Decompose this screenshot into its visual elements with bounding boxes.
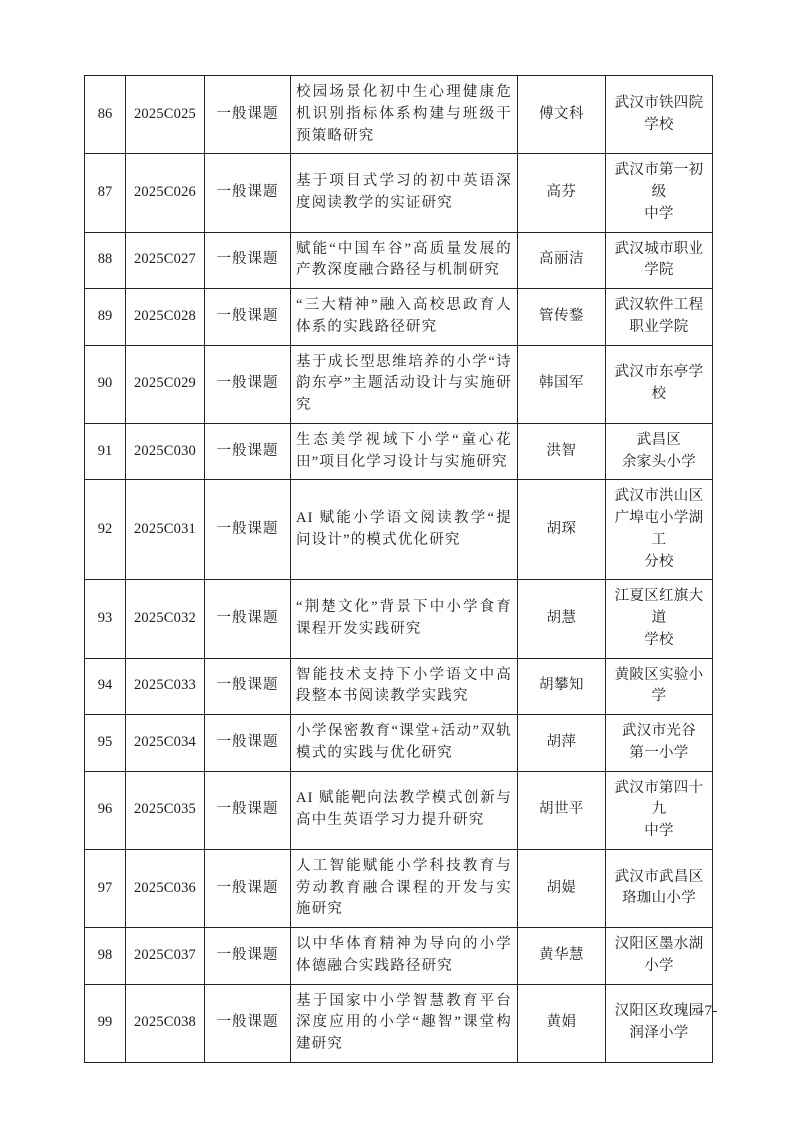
cell-row-number: 97 <box>85 849 126 927</box>
cell-leader-name: 胡世平 <box>518 771 606 849</box>
cell-project-title: 以中华体育精神为导向的小学体德融合实践路径研究 <box>291 928 518 985</box>
cell-organization: 武汉市洪山区 广埠屯小学湖工 分校 <box>606 480 713 580</box>
cell-row-number: 96 <box>85 771 126 849</box>
table-row: 89 2025C028 一般课题 “三大精神”融入高校思政育人体系的实践路径研究… <box>85 289 713 346</box>
table-row: 91 2025C030 一般课题 生态美学视域下小学“童心花田”项目化学习设计与… <box>85 423 713 480</box>
cell-project-code: 2025C026 <box>126 154 205 232</box>
projects-table-body: 86 2025C025 一般课题 校园场景化初中生心理健康危机识别指标体系构建与… <box>85 76 713 1063</box>
cell-leader-name: 胡琛 <box>518 480 606 580</box>
cell-project-title: “三大精神”融入高校思政育人体系的实践路径研究 <box>291 289 518 346</box>
cell-project-title: 基于项目式学习的初中英语深度阅读教学的实证研究 <box>291 154 518 232</box>
cell-leader-name: 黄华慧 <box>518 928 606 985</box>
table-row: 97 2025C036 一般课题 人工智能赋能小学科技教育与劳动教育融合课程的开… <box>85 849 713 927</box>
cell-project-code: 2025C030 <box>126 423 205 480</box>
projects-table: 86 2025C025 一般课题 校园场景化初中生心理健康危机识别指标体系构建与… <box>84 75 713 1063</box>
table-row: 90 2025C029 一般课题 基于成长型思维培养的小学“诗韵东亭”主题活动设… <box>85 345 713 423</box>
cell-project-title: 智能技术支持下小学语文中高段整本书阅读教学实践究 <box>291 658 518 715</box>
table-row: 88 2025C027 一般课题 赋能“中国车谷”高质量发展的产教深度融合路径与… <box>85 232 713 289</box>
cell-project-category: 一般课题 <box>205 423 291 480</box>
page-number: -7- <box>699 1003 718 1020</box>
cell-leader-name: 洪智 <box>518 423 606 480</box>
cell-project-title: AI 赋能小学语文阅读教学“提问设计”的模式优化研究 <box>291 480 518 580</box>
cell-project-code: 2025C035 <box>126 771 205 849</box>
cell-project-title: 基于成长型思维培养的小学“诗韵东亭”主题活动设计与实施研究 <box>291 345 518 423</box>
cell-leader-name: 韩国军 <box>518 345 606 423</box>
cell-organization: 江夏区红旗大道 学校 <box>606 580 713 658</box>
cell-organization: 武汉软件工程 职业学院 <box>606 289 713 346</box>
cell-project-category: 一般课题 <box>205 771 291 849</box>
cell-organization: 武汉市第四十九 中学 <box>606 771 713 849</box>
cell-leader-name: 傅文科 <box>518 76 606 154</box>
cell-project-category: 一般课题 <box>205 658 291 715</box>
cell-project-title: 人工智能赋能小学科技教育与劳动教育融合课程的开发与实施研究 <box>291 849 518 927</box>
cell-row-number: 92 <box>85 480 126 580</box>
cell-project-title: 赋能“中国车谷”高质量发展的产教深度融合路径与机制研究 <box>291 232 518 289</box>
cell-organization: 武汉市第一初级 中学 <box>606 154 713 232</box>
cell-project-title: “荆楚文化”背景下中小学食育课程开发实践研究 <box>291 580 518 658</box>
cell-leader-name: 胡攀知 <box>518 658 606 715</box>
cell-row-number: 87 <box>85 154 126 232</box>
cell-organization: 武汉市东亭学校 <box>606 345 713 423</box>
cell-project-category: 一般课题 <box>205 232 291 289</box>
cell-project-code: 2025C027 <box>126 232 205 289</box>
table-row: 94 2025C033 一般课题 智能技术支持下小学语文中高段整本书阅读教学实践… <box>85 658 713 715</box>
cell-row-number: 93 <box>85 580 126 658</box>
cell-project-code: 2025C025 <box>126 76 205 154</box>
table-row: 92 2025C031 一般课题 AI 赋能小学语文阅读教学“提问设计”的模式优… <box>85 480 713 580</box>
cell-organization: 武汉市光谷 第一小学 <box>606 715 713 772</box>
cell-leader-name: 胡慧 <box>518 580 606 658</box>
cell-project-category: 一般课题 <box>205 928 291 985</box>
cell-project-category: 一般课题 <box>205 984 291 1062</box>
cell-project-category: 一般课题 <box>205 76 291 154</box>
cell-row-number: 86 <box>85 76 126 154</box>
cell-project-code: 2025C037 <box>126 928 205 985</box>
cell-project-title: 小学保密教育“课堂+活动”双轨模式的实践与优化研究 <box>291 715 518 772</box>
cell-leader-name: 胡萍 <box>518 715 606 772</box>
cell-project-code: 2025C033 <box>126 658 205 715</box>
projects-table-container: 86 2025C025 一般课题 校园场景化初中生心理健康危机识别指标体系构建与… <box>84 75 712 1063</box>
cell-project-code: 2025C034 <box>126 715 205 772</box>
table-row: 99 2025C038 一般课题 基于国家中小学智慧教育平台深度应用的小学“趣智… <box>85 984 713 1062</box>
cell-project-category: 一般课题 <box>205 154 291 232</box>
cell-row-number: 99 <box>85 984 126 1062</box>
cell-row-number: 95 <box>85 715 126 772</box>
cell-row-number: 90 <box>85 345 126 423</box>
cell-project-title: 生态美学视域下小学“童心花田”项目化学习设计与实施研究 <box>291 423 518 480</box>
table-row: 95 2025C034 一般课题 小学保密教育“课堂+活动”双轨模式的实践与优化… <box>85 715 713 772</box>
cell-project-title: 校园场景化初中生心理健康危机识别指标体系构建与班级干预策略研究 <box>291 76 518 154</box>
cell-organization: 汉阳区墨水湖 小学 <box>606 928 713 985</box>
cell-project-code: 2025C036 <box>126 849 205 927</box>
cell-project-category: 一般课题 <box>205 715 291 772</box>
cell-organization: 武汉城市职业 学院 <box>606 232 713 289</box>
cell-project-category: 一般课题 <box>205 580 291 658</box>
table-row: 93 2025C032 一般课题 “荆楚文化”背景下中小学食育课程开发实践研究 … <box>85 580 713 658</box>
cell-leader-name: 高丽洁 <box>518 232 606 289</box>
cell-organization: 武昌区 余家头小学 <box>606 423 713 480</box>
cell-row-number: 94 <box>85 658 126 715</box>
cell-row-number: 89 <box>85 289 126 346</box>
cell-row-number: 91 <box>85 423 126 480</box>
cell-leader-name: 胡媞 <box>518 849 606 927</box>
cell-leader-name: 管传鍪 <box>518 289 606 346</box>
cell-leader-name: 高芬 <box>518 154 606 232</box>
cell-leader-name: 黄娟 <box>518 984 606 1062</box>
cell-project-title: AI 赋能靶向法教学模式创新与高中生英语学习力提升研究 <box>291 771 518 849</box>
cell-row-number: 88 <box>85 232 126 289</box>
table-row: 96 2025C035 一般课题 AI 赋能靶向法教学模式创新与高中生英语学习力… <box>85 771 713 849</box>
cell-organization: 汉阳区玫瑰园 润泽小学 <box>606 984 713 1062</box>
cell-project-category: 一般课题 <box>205 289 291 346</box>
cell-project-code: 2025C031 <box>126 480 205 580</box>
cell-project-code: 2025C032 <box>126 580 205 658</box>
cell-project-category: 一般课题 <box>205 849 291 927</box>
cell-project-category: 一般课题 <box>205 345 291 423</box>
table-row: 87 2025C026 一般课题 基于项目式学习的初中英语深度阅读教学的实证研究… <box>85 154 713 232</box>
cell-organization: 武汉市武昌区 珞珈山小学 <box>606 849 713 927</box>
cell-project-category: 一般课题 <box>205 480 291 580</box>
cell-project-code: 2025C029 <box>126 345 205 423</box>
cell-organization: 黄陂区实验小学 <box>606 658 713 715</box>
cell-project-title: 基于国家中小学智慧教育平台深度应用的小学“趣智”课堂构建研究 <box>291 984 518 1062</box>
cell-project-code: 2025C038 <box>126 984 205 1062</box>
table-row: 98 2025C037 一般课题 以中华体育精神为导向的小学体德融合实践路径研究… <box>85 928 713 985</box>
cell-project-code: 2025C028 <box>126 289 205 346</box>
cell-organization: 武汉市铁四院 学校 <box>606 76 713 154</box>
cell-row-number: 98 <box>85 928 126 985</box>
table-row: 86 2025C025 一般课题 校园场景化初中生心理健康危机识别指标体系构建与… <box>85 76 713 154</box>
